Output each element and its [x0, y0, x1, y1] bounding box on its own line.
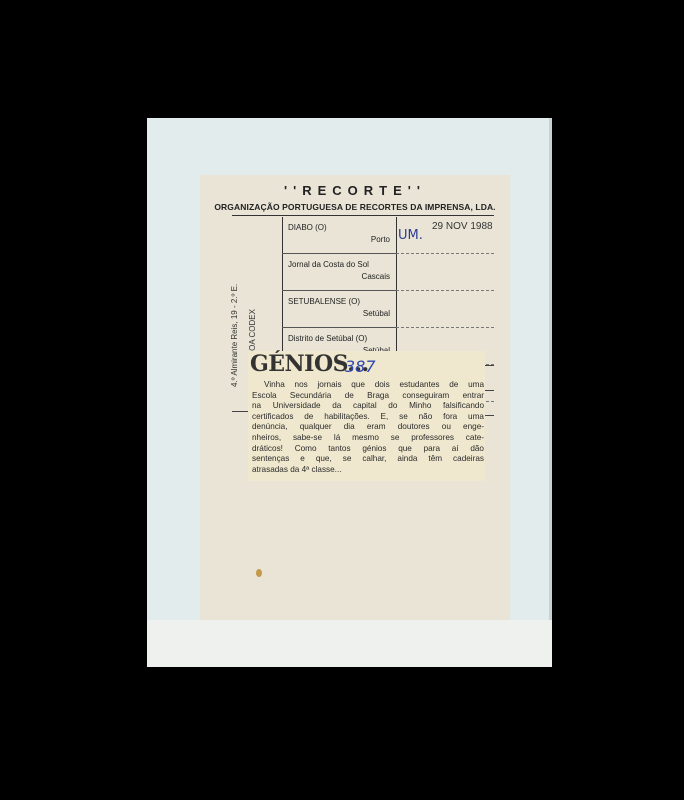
publication-row: Jornal da Costa do Sol Cascais: [282, 254, 396, 291]
publication-city: Cascais: [362, 272, 390, 281]
header-rule: [232, 215, 494, 216]
rule-line: [484, 415, 494, 416]
rule-line: [484, 390, 494, 391]
publication-city: Setúbal: [363, 309, 390, 318]
date-stamp: 29 NOV 1988: [432, 221, 493, 232]
folder-bottom-strip: [147, 620, 552, 667]
slip-title: ''RECORTE'': [200, 183, 510, 198]
rule-line: [232, 411, 248, 412]
clipping-line: atrasadas da 4ª classe...: [252, 465, 484, 476]
handwritten-number: 387: [345, 357, 376, 376]
newspaper-clipping: GÉNIOS... 387 Vinha nos jornais que dois…: [248, 351, 485, 481]
date-row: [396, 291, 494, 328]
clipping-line: denúncia, qualquer dia eram doutores ou …: [252, 422, 484, 433]
clipping-line: sentenças e que, se calhar, ainda têm ca…: [252, 454, 484, 465]
clipping-line: na Universidade da capital do Minho fals…: [252, 401, 484, 412]
publication-row: SETUBALENSE (O) Setúbal: [282, 291, 396, 328]
rule-line: [484, 365, 494, 366]
clipping-line: nheiros, sabe-se lá mesmo se professores…: [252, 433, 484, 444]
clipping-line: certificados de habilitações. E, se não …: [252, 412, 484, 423]
clipping-line: Vinha nos jornais que dois estudantes de…: [252, 380, 484, 391]
handwritten-mark: UM.: [398, 228, 423, 243]
clipping-line: dráticos! Como tantos génios que para aí…: [252, 444, 484, 455]
publication-name: SETUBALENSE (O): [288, 297, 360, 306]
publication-name: DIABO (O): [288, 223, 327, 232]
publication-city: Porto: [371, 235, 390, 244]
address-line-1: 4.º Almirante Reis, 19 - 2.º E.: [230, 284, 239, 387]
slip-subtitle: ORGANIZAÇÃO PORTUGUESA DE RECORTES DA IM…: [200, 202, 510, 212]
clipping-line: Escola Secundária de Braga conseguiram e…: [252, 391, 484, 402]
publication-name: Jornal da Costa do Sol: [288, 260, 369, 269]
clipping-body: Vinha nos jornais que dois estudantes de…: [252, 380, 484, 475]
paper-stain: [256, 569, 262, 577]
publication-name: Distrito de Setúbal (O): [288, 334, 367, 343]
publication-row: DIABO (O) Porto: [282, 217, 396, 254]
date-row: [396, 254, 494, 291]
